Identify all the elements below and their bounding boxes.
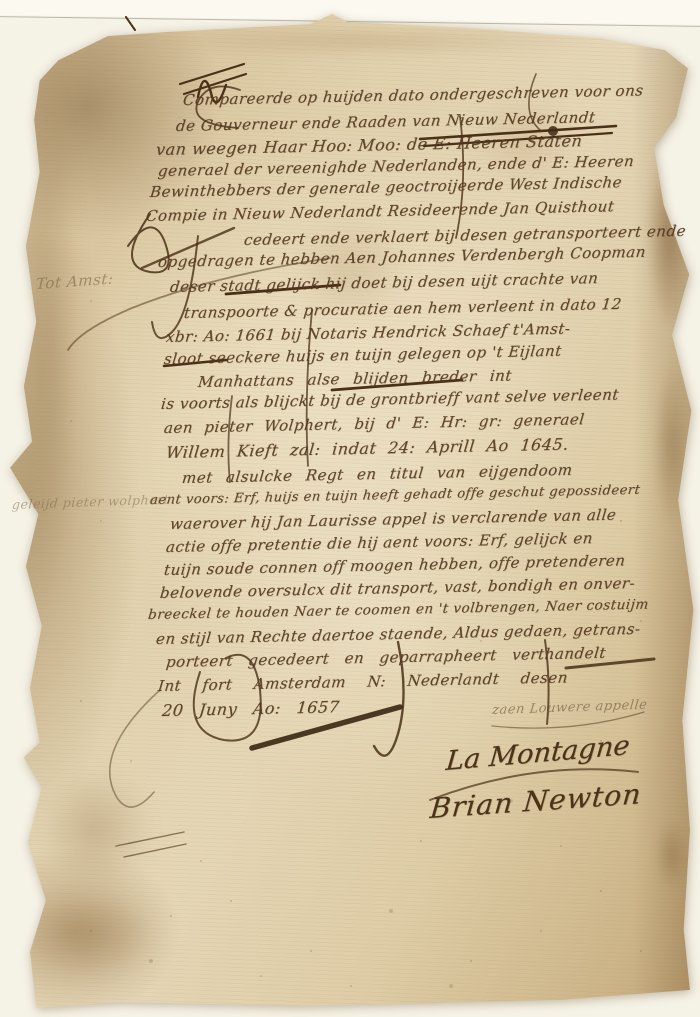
- stain-right-band-mid: [652, 360, 692, 530]
- handwritten-line: 20 Juny Ao: 1657: [161, 698, 340, 720]
- stain-right-low: [655, 820, 689, 890]
- stain-left-lower: [40, 770, 150, 890]
- stain-top-edge: [120, 28, 600, 54]
- foxing-specks: [6, 6, 8, 8]
- stain-bottom-left-corner: [20, 890, 160, 980]
- document-scan: Compareerde op huijden dato ondergeschre…: [0, 0, 700, 1017]
- stain-left-band: [10, 60, 80, 620]
